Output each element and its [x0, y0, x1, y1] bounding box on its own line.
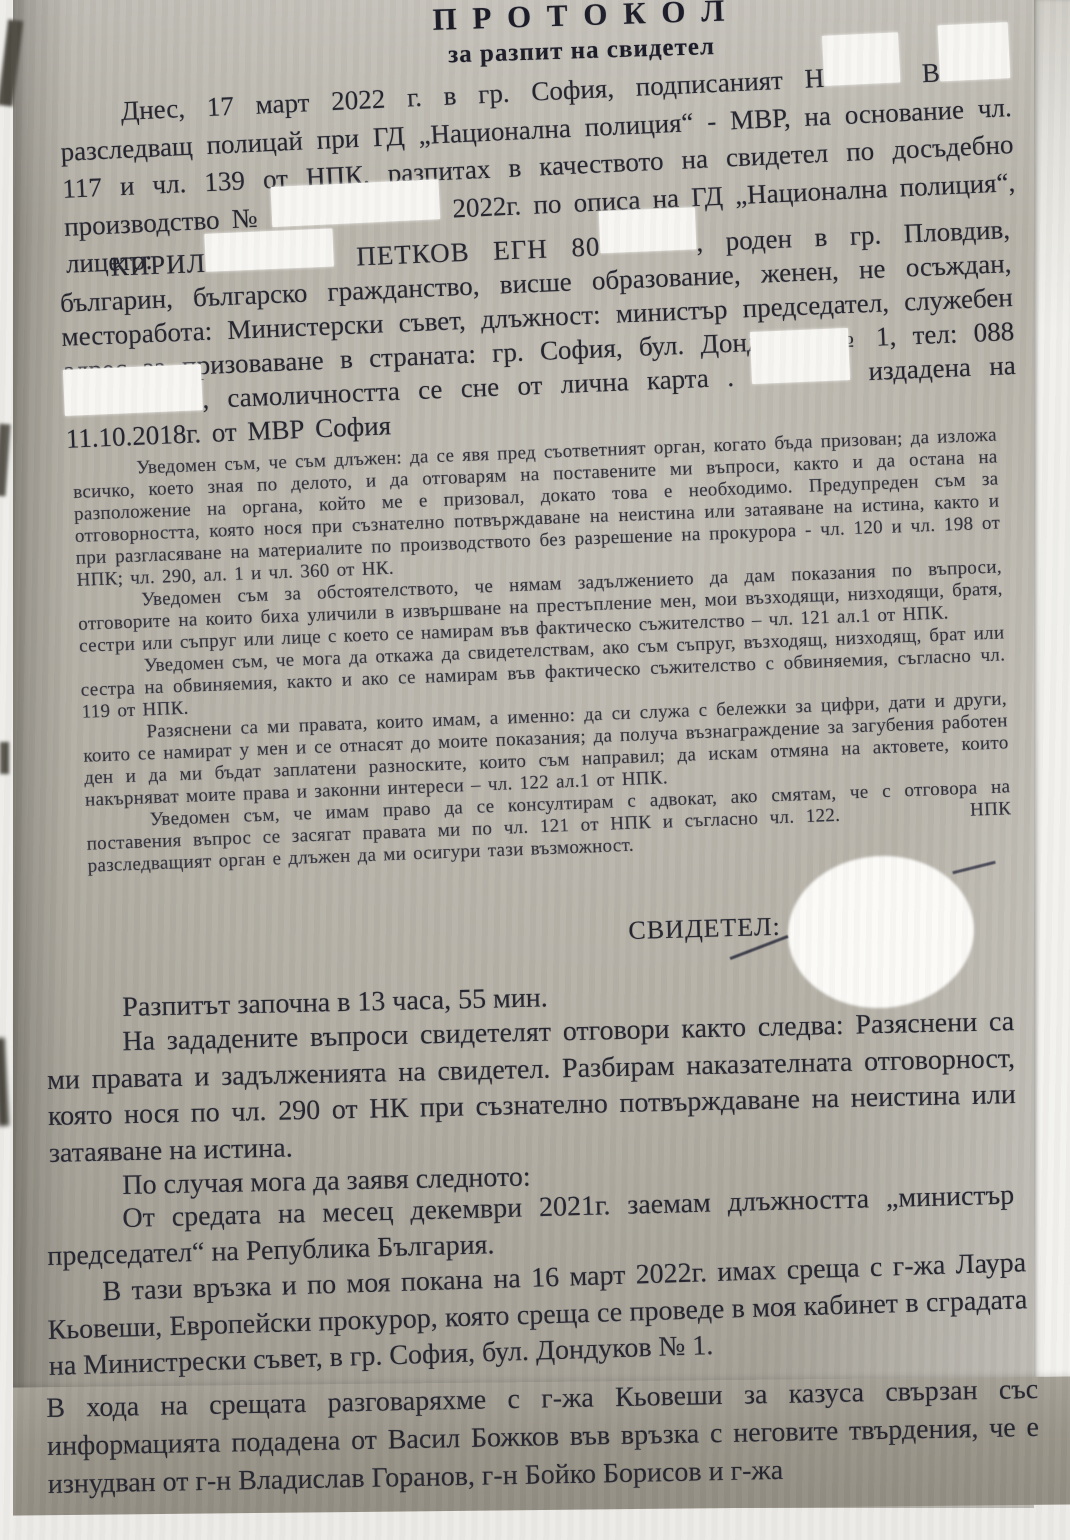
- statement-paragraph-2: На зададените въпроси свидетелят отговор…: [46, 1004, 1017, 1172]
- statement-paragraph-6: В хода на срещата разговаряхме с г-жа Кь…: [46, 1371, 1040, 1504]
- page-edge-mark: [0, 742, 9, 774]
- person-paragraph: КИРИЛ ПЕТКОВ ЕГН 80, роден в гр. Пловдив…: [58, 212, 1018, 456]
- redaction-box: [750, 328, 850, 384]
- text-segment: КИРИЛ: [110, 248, 207, 282]
- signature-gap: [840, 815, 970, 821]
- redaction-box: [599, 207, 697, 253]
- rights-block: Уведомен съм, че съм длъжен: да се явя п…: [72, 424, 1012, 877]
- redaction-box: [205, 228, 334, 271]
- redaction-box: [63, 364, 203, 416]
- text-segment: ПЕТКОВ ЕГН 80: [356, 231, 601, 271]
- text-segment: В: [921, 57, 940, 88]
- redaction-box: [938, 22, 1011, 81]
- scanner-margin-right: [1034, 0, 1070, 1386]
- redaction-box: [271, 179, 441, 227]
- redaction-box: [822, 32, 900, 86]
